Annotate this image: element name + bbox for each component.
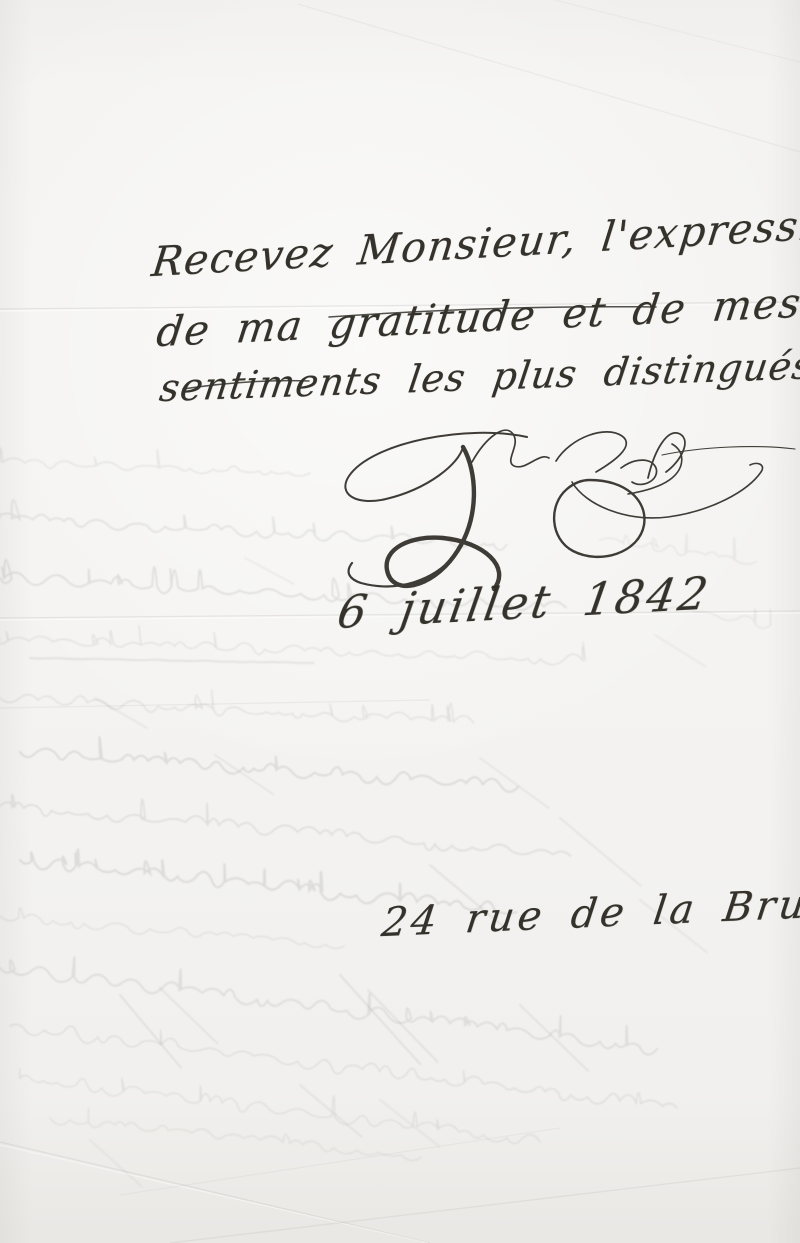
closing-line-2: de ma gratitude et de mes xyxy=(154,279,800,357)
letter-scan-page: Recevez Monsieur, l'expression de ma gra… xyxy=(0,0,800,1243)
date-line: 6 juillet 1842 xyxy=(334,566,715,639)
closing-line-1: Recevez Monsieur, l'expression xyxy=(149,198,800,286)
ink-bleedthrough xyxy=(0,444,773,1187)
address-line: 24 rue de la Bruyè xyxy=(379,879,800,946)
signature-flourish xyxy=(345,430,795,589)
closing-line-3: sentiments les plus distingués xyxy=(157,343,800,410)
